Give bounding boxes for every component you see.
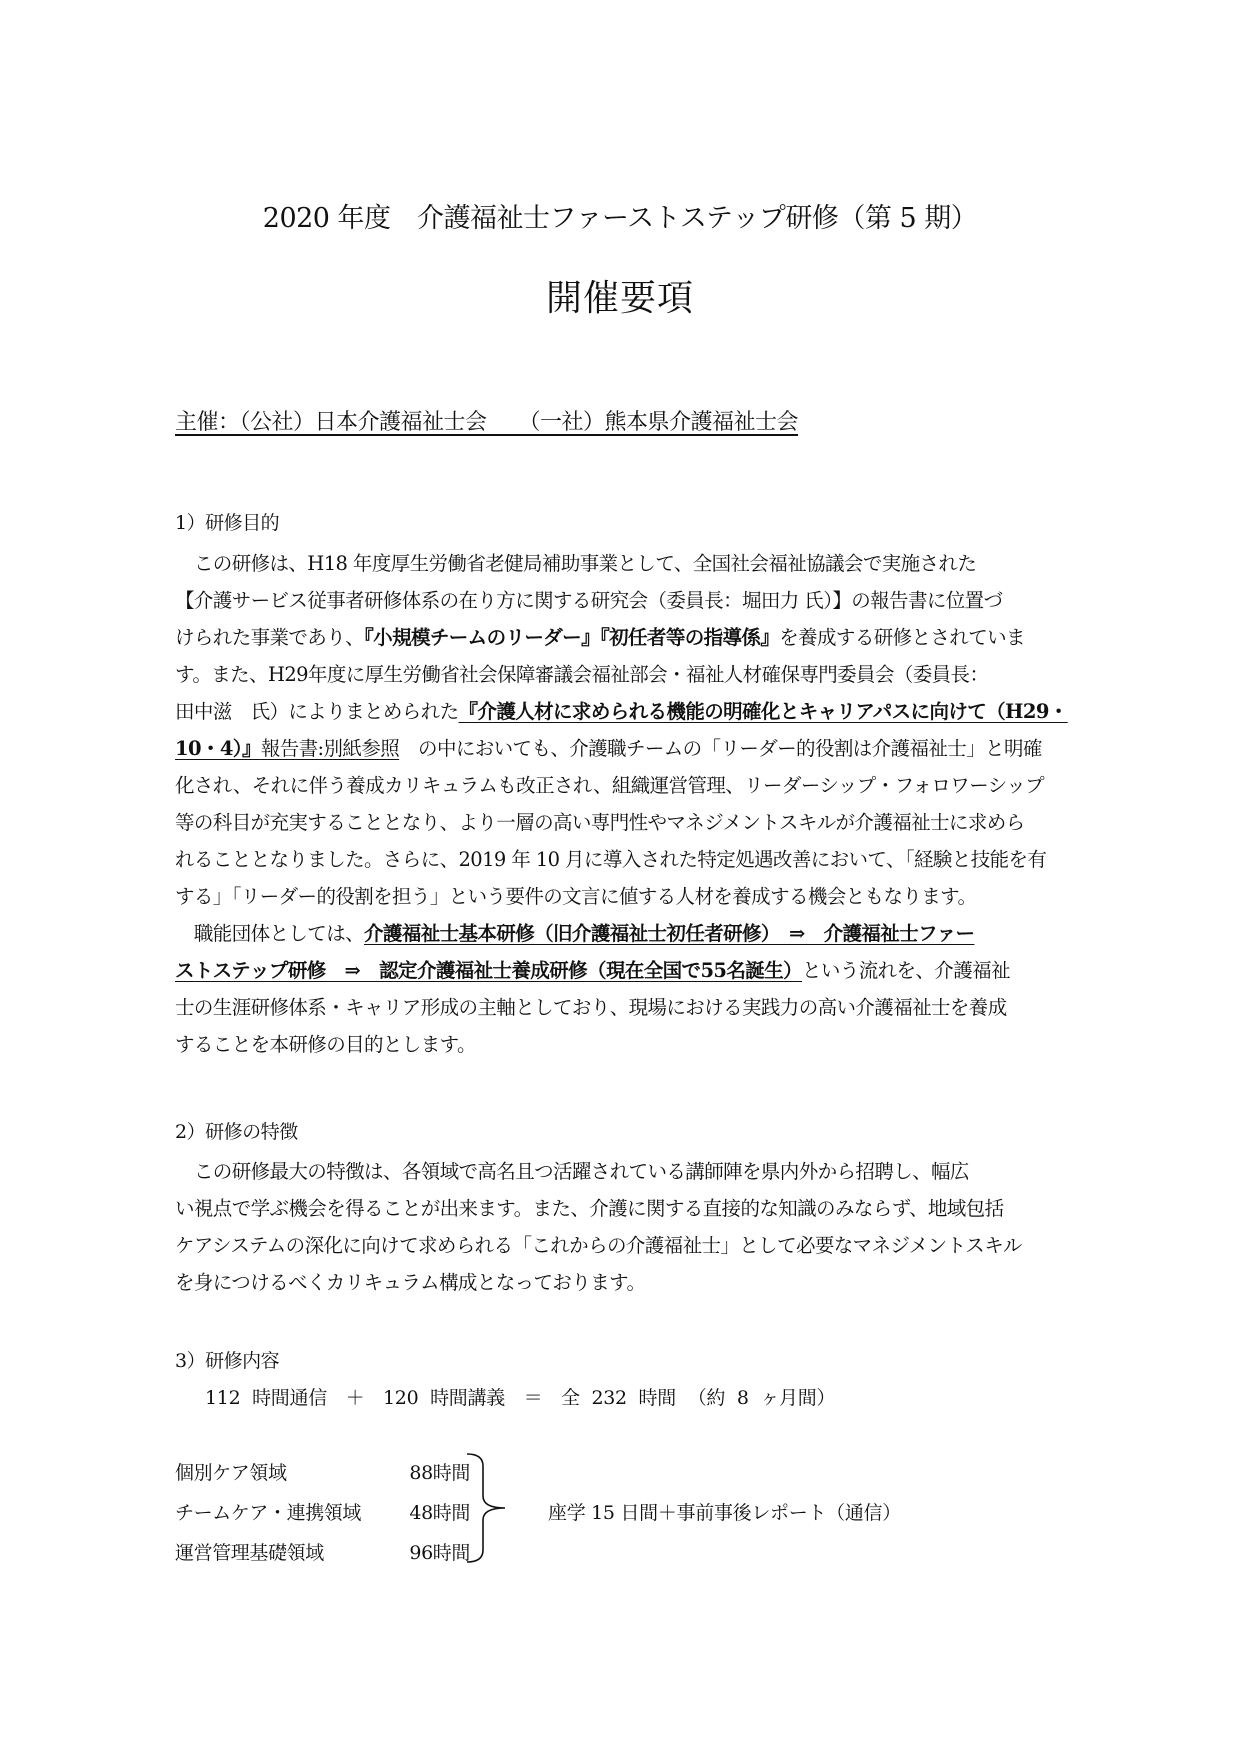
domain-hours: 96時間 xyxy=(390,1538,470,1565)
paragraph-line: を身につけるべくカリキュラム構成となっております。 xyxy=(175,1264,1067,1301)
domain-row-individual-care: 個別ケア領域88時間 xyxy=(175,1458,470,1485)
paragraph-line: この研修最大の特徴は、各領域で高名且つ活躍されている講師陣を県内外から招聘し、幅… xyxy=(175,1153,1067,1190)
body-text: この研修最大の特徴は、各領域で高名且つ活躍されている講師陣を県内外から招聘し、幅… xyxy=(175,1160,969,1183)
paragraph-line: い視点で学ぶ機会を得ることが出来ます。また、介護に関する直接的な知識のみならず、… xyxy=(175,1190,1067,1227)
emphasized-text: 10・4）』 xyxy=(175,737,261,760)
body-text: す。また、H29年度に厚生労働省社会保障審議会福祉部会・福祉人材確保専門委員会（… xyxy=(175,663,988,686)
body-text: を身につけるべくカリキュラム構成となっております。 xyxy=(175,1271,645,1294)
domain-hours: 48時間 xyxy=(390,1498,470,1525)
body-text: 報告書:別紙参照 xyxy=(261,737,399,760)
body-text: い視点で学ぶ機会を得ることが出来ます。また、介護に関する直接的な知識のみならず、… xyxy=(175,1197,1003,1220)
body-text: ケアシステムの深化に向けて求められる「これからの介護福祉士」として必要なマネジメ… xyxy=(175,1234,1022,1257)
document-title: 2020 年度 介護福祉士ファーストステップ研修（第 5 期） xyxy=(0,196,1240,235)
right-brace-icon xyxy=(465,1452,525,1564)
body-text: 化され、それに伴う養成カリキュラムも改正され、組織運営管理、リーダーシップ・フォ… xyxy=(175,774,1044,797)
body-text: を養成する研修とされていま xyxy=(779,626,1025,649)
domain-hours: 88時間 xyxy=(390,1458,470,1485)
training-format-summary: 座学 15 日間＋事前事後レポート（通信） xyxy=(548,1498,901,1525)
hours-summary-line: 112 時間通信 ＋ 120 時間講義 ＝ 全 232 時間 （約 8 ヶ月間） xyxy=(205,1383,835,1410)
paragraph-line: 【介護サービス従事者研修体系の在り方に関する研究会（委員長：堀田力 氏）】の報告… xyxy=(175,582,1067,619)
emphasized-text: 『小規模チームのリーダー』『初任者等の指導係』 xyxy=(364,626,779,649)
paragraph-line: ストステップ研修 ⇒ 認定介護福祉士養成研修（現在全国で55名誕生）という流れを… xyxy=(175,952,1067,989)
paragraph-line: 化され、それに伴う養成カリキュラムも改正され、組織運営管理、リーダーシップ・フォ… xyxy=(175,767,1067,804)
body-text: 士の生涯研修体系・キャリア形成の主軸としており、現場における実践力の高い介護福祉… xyxy=(175,996,1007,1019)
paragraph-line: 等の科目が充実することとなり、より一層の高い専門性やマネジメントスキルが介護福祉… xyxy=(175,804,1067,841)
body-text: する」「リーダー的役割を担う」という要件の文言に値する人材を養成する機会ともなり… xyxy=(175,885,976,908)
section-heading-features: 2）研修の特徴 xyxy=(175,1117,298,1144)
body-text: れることとなりました。さらに、2019 年 10 月に導入された特定処遇改善にお… xyxy=(175,848,1046,871)
organizer-line: 主催：（公社）日本介護福祉士会 （一社）熊本県介護福祉士会 xyxy=(175,405,798,436)
emphasized-text: 『介護人材に求められる機能の明確化とキャリアパスに向けて（H29・ xyxy=(459,700,1068,723)
domain-row-team-care: チームケア・連携領域48時間 xyxy=(175,1498,470,1525)
paragraph-line: 士の生涯研修体系・キャリア形成の主軸としており、現場における実践力の高い介護福祉… xyxy=(175,989,1067,1026)
paragraph-line: す。また、H29年度に厚生労働省社会保障審議会福祉部会・福祉人材確保専門委員会（… xyxy=(175,656,1067,693)
body-text: 等の科目が充実することとなり、より一層の高い専門性やマネジメントスキルが介護福祉… xyxy=(175,811,1025,834)
body-text: の中においても、介護職チームの「リーダー的役割は介護福祉士」と明確 xyxy=(399,737,1042,760)
body-text: 【介護サービス従事者研修体系の在り方に関する研究会（委員長：堀田力 氏）】の報告… xyxy=(175,589,1002,612)
section-heading-purpose: 1）研修目的 xyxy=(175,508,279,535)
body-text: 職能団体としては、 xyxy=(175,922,364,945)
domain-row-management: 運営管理基礎領域96時間 xyxy=(175,1538,470,1565)
body-text: 田中滋 氏）によりまとめられた xyxy=(175,700,459,723)
body-text: この研修は、H18 年度厚生労働省老健局補助事業として、全国社会福祉協議会で実施… xyxy=(175,552,976,575)
paragraph-line: する」「リーダー的役割を担う」という要件の文言に値する人材を養成する機会ともなり… xyxy=(175,878,1067,915)
document-page: 2020 年度 介護福祉士ファーストステップ研修（第 5 期） 開催要項 主催：… xyxy=(0,0,1240,1754)
paragraph-line: けられた事業であり、『小規模チームのリーダー』『初任者等の指導係』を養成する研修… xyxy=(175,619,1067,656)
paragraph-line: 10・4）』報告書:別紙参照 の中においても、介護職チームの「リーダー的役割は介… xyxy=(175,730,1067,767)
paragraph-line: 職能団体としては、介護福祉士基本研修（旧介護福祉士初任者研修） ⇒ 介護福祉士フ… xyxy=(175,915,1067,952)
emphasized-text: 介護福祉士基本研修（旧介護福祉士初任者研修） ⇒ 介護福祉士ファー xyxy=(364,922,974,945)
domain-name: 運営管理基礎領域 xyxy=(175,1538,390,1565)
domain-name: 個別ケア領域 xyxy=(175,1458,390,1485)
section-body-purpose: この研修は、H18 年度厚生労働省老健局補助事業として、全国社会福祉協議会で実施… xyxy=(175,545,1067,1063)
paragraph-line: 田中滋 氏）によりまとめられた『介護人材に求められる機能の明確化とキャリアパスに… xyxy=(175,693,1067,730)
domain-name: チームケア・連携領域 xyxy=(175,1498,390,1525)
emphasized-text: ストステップ研修 ⇒ 認定介護福祉士養成研修（現在全国で55名誕生） xyxy=(175,959,802,982)
section-heading-content: 3）研修内容 xyxy=(175,1346,279,1373)
document-subtitle: 開催要項 xyxy=(0,270,1240,321)
paragraph-line: れることとなりました。さらに、2019 年 10 月に導入された特定処遇改善にお… xyxy=(175,841,1067,878)
body-text: という流れを、介護福祉 xyxy=(802,959,1010,982)
paragraph-line: この研修は、H18 年度厚生労働省老健局補助事業として、全国社会福祉協議会で実施… xyxy=(175,545,1067,582)
paragraph-line: ケアシステムの深化に向けて求められる「これからの介護福祉士」として必要なマネジメ… xyxy=(175,1227,1067,1264)
body-text: けられた事業であり、 xyxy=(175,626,364,649)
section-body-features: この研修最大の特徴は、各領域で高名且つ活躍されている講師陣を県内外から招聘し、幅… xyxy=(175,1153,1067,1301)
body-text: することを本研修の目的とします。 xyxy=(175,1033,476,1056)
paragraph-line: することを本研修の目的とします。 xyxy=(175,1026,1067,1063)
